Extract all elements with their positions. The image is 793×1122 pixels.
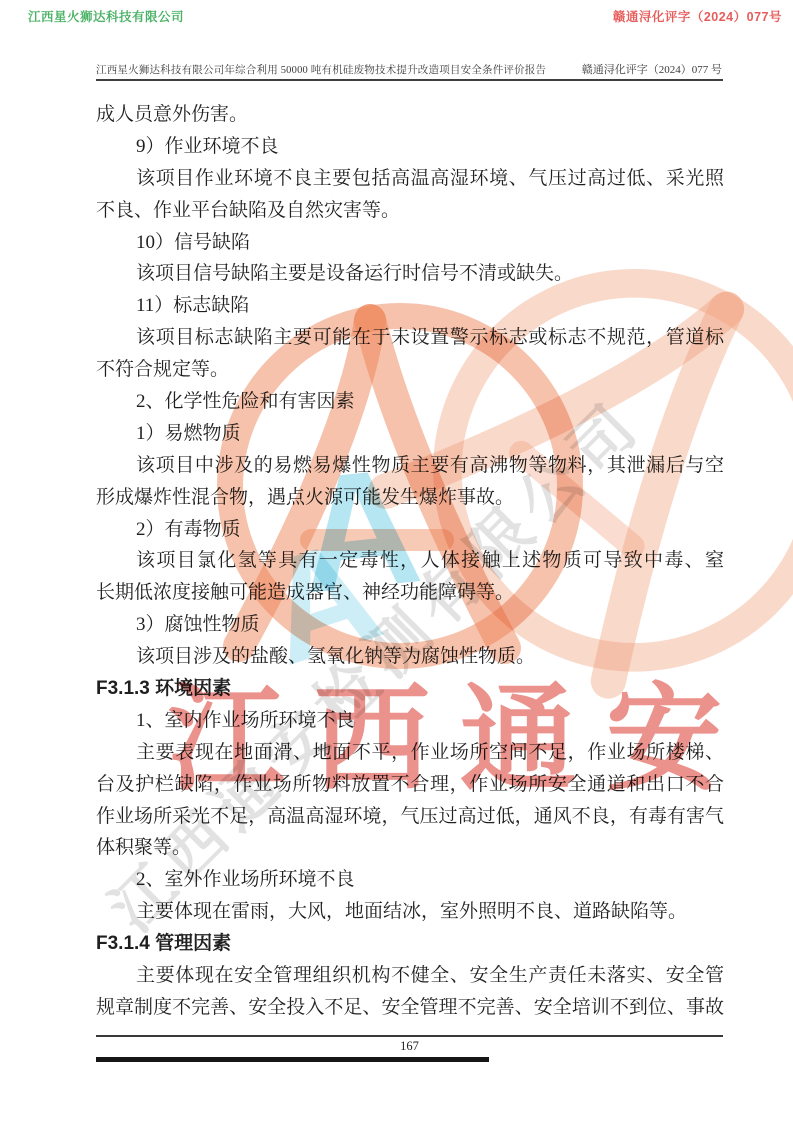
body-text: 成人员意外伤害。9）作业环境不良该项目作业环境不良主要包括高温高湿环境、气压过高… — [96, 99, 724, 1024]
body-line: 形成爆炸性混合物，遇点火源可能发生爆炸事故。 — [96, 482, 724, 514]
section-heading: F3.1.4 管理因素 — [96, 928, 724, 960]
body-line: 该项目氯化氢等具有一定毒性，人体接触上述物质可导致中毒、窒息， — [96, 545, 724, 577]
top-left-green-stamp: 江西星火狮达科技有限公司 — [28, 7, 184, 25]
body-line: 该项目信号缺陷主要是设备运行时信号不清或缺失。 — [96, 258, 724, 290]
top-right-red-stamp: 赣通浔化评字（2024）077号 — [613, 7, 782, 25]
body-line: 2、化学性危险和有害因素 — [96, 386, 724, 418]
body-line: 该项目作业环境不良主要包括高温高湿环境、气压过高过低、采光照明 — [96, 163, 724, 195]
body-line: 主要表现在地面滑、地面不平，作业场所空间不足，作业场所楼梯、平 — [96, 737, 724, 769]
body-line: 不符合规定等。 — [96, 354, 724, 386]
body-line: 台及护栏缺陷，作业场所物料放置不合理，作业场所安全通道和出口不合理， — [96, 769, 724, 801]
body-line: 2）有毒物质 — [96, 514, 724, 546]
body-line: 1、室内作业场所环境不良 — [96, 705, 724, 737]
header-rule — [96, 79, 723, 81]
body-line: 3）腐蚀性物质 — [96, 609, 724, 641]
body-line: 长期低浓度接触可能造成器官、神经功能障碍等。 — [96, 577, 724, 609]
header-document-number: 赣通浔化评字（2024）077 号 — [582, 61, 722, 77]
body-line: 规章制度不完善、安全投入不足、安全管理不完善、安全培训不到位、事故 — [96, 992, 724, 1024]
body-line: 该项目中涉及的易燃易爆性物质主要有高沸物等物料，其泄漏后与空气 — [96, 450, 724, 482]
body-line: 10）信号缺陷 — [96, 227, 724, 259]
footer-rule — [96, 1035, 723, 1037]
body-line: 9）作业环境不良 — [96, 131, 724, 163]
body-line: 主要体现在安全管理组织机构不健全、安全生产责任未落实、安全管理 — [96, 960, 724, 992]
body-line: 11）标志缺陷 — [96, 290, 724, 322]
body-line: 成人员意外伤害。 — [96, 99, 724, 131]
body-line: 主要体现在雷雨，大风，地面结冰，室外照明不良、道路缺陷等。 — [96, 896, 724, 928]
body-line: 作业场所采光不足，高温高湿环境，气压过高过低，通风不良，有毒有害气 — [96, 801, 724, 833]
section-heading: F3.1.3 环境因素 — [96, 673, 724, 705]
body-line: 不良、作业平台缺陷及自然灾害等。 — [96, 195, 724, 227]
body-line: 该项目标志缺陷主要可能在于未设置警示标志或标志不规范，管道标色 — [96, 322, 724, 354]
body-line: 2、室外作业场所环境不良 — [96, 864, 724, 896]
page-number: 167 — [96, 1039, 723, 1054]
body-line: 体积聚等。 — [96, 832, 724, 864]
body-line: 该项目涉及的盐酸、氢氧化钠等为腐蚀性物质。 — [96, 641, 724, 673]
body-line: 1）易燃物质 — [96, 418, 724, 450]
header-report-title: 江西星火狮达科技有限公司年综合利用 50000 吨有机硅废物技术提升改造项目安全… — [96, 62, 546, 77]
scan-artifact-bar — [96, 1057, 489, 1062]
document-page: 江西星火狮达科技有限公司 赣通浔化评字（2024）077号 江西星火狮达科技有限… — [0, 0, 793, 1122]
